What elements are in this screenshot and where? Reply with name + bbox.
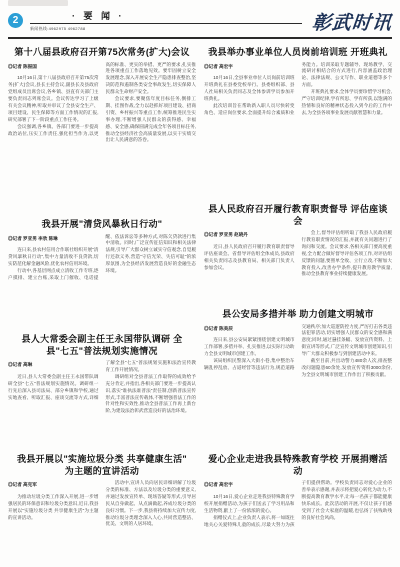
- article-body: ◎记者 高琳 近日,县人大常委会副主任王永国带队调研全县"七五"普法规划实施情况…: [8, 360, 196, 444]
- article-body: ◎记者 高宏宇 10月16日,爱心企业走进我县特殊教育学校开展捐赠活动,为孩子们…: [204, 480, 392, 557]
- section-title: · 要 闻 ·: [30, 11, 302, 21]
- article-body: ◎记者 罗亚男 赵晓丹 近日,县人民政府召开履行教育职责督导评估座谈会。省督导评…: [204, 230, 392, 299]
- article-body: ◎记者 高宏宇 10月16日,全县事业单位人员岗前培训班开班典礼在县委党校举行。…: [204, 62, 392, 183]
- article-body: ◎记者 罗亚男 李欣 陈琳 连日来,县农村信用合作联社组织开展"清贷风暴秋日行动…: [8, 234, 196, 326]
- article-headline: 县公安局多措并举 助力创建文明城市: [208, 309, 388, 321]
- article-police-civilized-city: 县公安局多措并举 助力创建文明城市 ◎记者 陈美辰 连日来,县公安局紧紧围绕创建…: [204, 303, 392, 448]
- article-byline: ◎记者 高宏宇: [204, 482, 295, 489]
- article-headline: 爱心企业走进我县特殊教育学校 开展捐赠活动: [208, 454, 388, 477]
- header-rule: [30, 23, 302, 24]
- page-body: 第十八届县政府召开第75次常务(扩大)会议 ◎记者 陈振国 10月16日,第十八…: [8, 41, 392, 561]
- article-npc-research: 县人大常委会副主任王永国带队调研 全县"七五"普法规划实施情况 ◎记者 高琳 近…: [8, 328, 196, 448]
- article-byline: ◎记者 罗亚男 李欣 陈琳: [8, 236, 99, 243]
- article-charity-donation: 爱心企业走进我县特殊教育学校 开展捐赠活动 ◎记者 高宏宇 10月16日,爱心企…: [204, 448, 392, 561]
- article-text: 10月16日,第十八届县政府召开第75次常务(扩大)会议,县长主持会议,副县长及…: [8, 62, 196, 145]
- page-header: 2 · 要 闻 · 新闻热线:4962975 4962788 彰武时讯: [8, 11, 392, 39]
- article-byline: ◎记者 陈振国: [8, 64, 99, 71]
- article-headline: 第十八届县政府召开第75次常务(扩大)会议: [12, 47, 192, 59]
- article-education-evaluation: 县人民政府召开履行教育职责督导 评估座谈会 ◎记者 罗亚男 赵晓丹 近日,县人民…: [204, 198, 392, 303]
- article-headline: 我县开展"清贷风暴秋日行动": [12, 219, 192, 231]
- article-headline: 我县举办事业单位人员岗前培训班 开班典礼: [208, 47, 388, 59]
- article-body: ◎记者 陈美辰 连日来,县公安局紧紧围绕创建文明城市工作部署,多措并举、扎实推进…: [204, 324, 392, 445]
- article-byline: ◎记者 高宏宇: [204, 64, 295, 71]
- news-hotline: 新闻热线:4962975 4962788: [30, 26, 302, 32]
- article-govt-meeting: 第十八届县政府召开第75次常务(扩大)会议 ◎记者 陈振国 10月16日,第十八…: [8, 41, 196, 213]
- header-divider: [8, 37, 392, 39]
- page-number-badge: 2: [8, 13, 23, 28]
- article-headline: 县人大常委会副主任王永国带队调研 全县"七五"普法规划实施情况: [12, 334, 192, 357]
- article-body: ◎记者 高克军 为推动垃圾分类工作深入开展,进一步增强居民的环保意识和垃圾分类意…: [8, 480, 196, 557]
- article-byline: ◎记者 高琳: [8, 362, 99, 369]
- article-headline: 我县开展以"实施垃圾分类 共享健康生活" 为主题的宣讲活动: [12, 454, 192, 477]
- article-loan-campaign: 我县开展"清贷风暴秋日行动" ◎记者 罗亚男 李欣 陈琳 连日来,县农村信用合作…: [8, 213, 196, 328]
- scan-artifact: [8, 0, 68, 6]
- article-byline: ◎记者 陈美辰: [204, 326, 295, 333]
- article-headline: 县人民政府召开履行教育职责督导 评估座谈会: [208, 204, 388, 227]
- article-waste-sorting: 我县开展以"实施垃圾分类 共享健康生活" 为主题的宣讲活动 ◎记者 高克军 为推…: [8, 448, 196, 561]
- newspaper-page: 2 · 要 闻 · 新闻热线:4962975 4962788 彰武时讯 第十八届…: [0, 0, 400, 567]
- masthead-logo: 彰武时讯: [311, 12, 393, 34]
- article-byline: ◎记者 高克军: [8, 482, 99, 489]
- article-training-ceremony: 我县举办事业单位人员岗前培训班 开班典礼 ◎记者 高宏宇 10月16日,全县事业…: [204, 41, 392, 198]
- left-column: 第十八届县政府召开第75次常务(扩大)会议 ◎记者 陈振国 10月16日,第十八…: [8, 41, 196, 561]
- article-body: ◎记者 陈振国 10月16日,第十八届县政府召开第75次常务(扩大)会议,县长主…: [8, 62, 196, 210]
- article-byline: ◎记者 罗亚男 赵晓丹: [204, 232, 295, 239]
- right-column: 我县举办事业单位人员岗前培训班 开班典礼 ◎记者 高宏宇 10月16日,全县事业…: [204, 41, 392, 561]
